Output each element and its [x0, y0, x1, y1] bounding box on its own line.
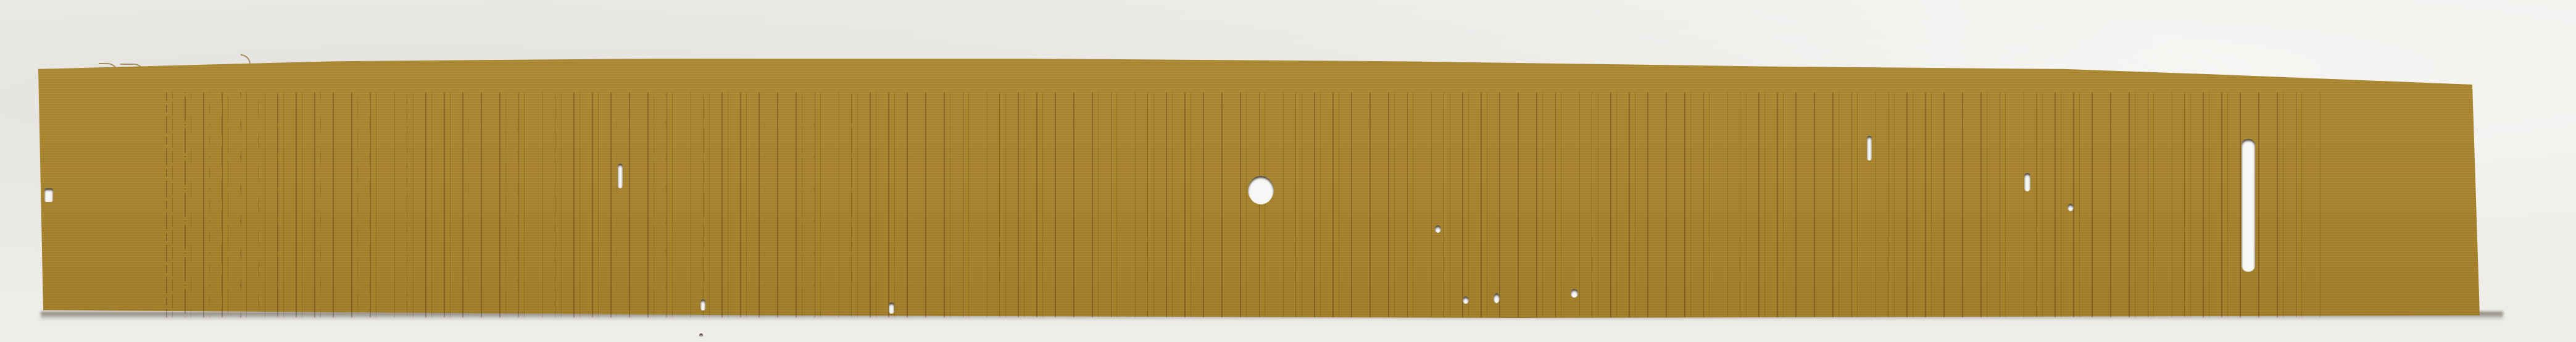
script-line-2 [164, 125, 2324, 157]
slit [2242, 139, 2255, 272]
binding-hole [1248, 176, 1274, 204]
insect-hole [1494, 293, 1500, 303]
insect-hole [699, 333, 703, 337]
insect-hole [1571, 289, 1578, 298]
insect-hole [618, 164, 623, 188]
insect-hole [1463, 296, 1469, 304]
insect-hole [1435, 225, 1441, 233]
script-line-1 [164, 93, 2324, 125]
insect-hole [2024, 173, 2030, 191]
script-line-6 [164, 253, 2324, 285]
script-line-5 [164, 221, 2324, 253]
edge-notch [44, 188, 53, 202]
insect-hole [700, 299, 705, 311]
script-line-7 [164, 285, 2324, 317]
insect-hole [1867, 136, 1872, 161]
script-line-4 [164, 189, 2324, 221]
insect-hole [2067, 204, 2074, 211]
insect-hole [889, 302, 894, 314]
manuscript-text-block [164, 93, 2324, 317]
script-line-3 [164, 157, 2324, 189]
